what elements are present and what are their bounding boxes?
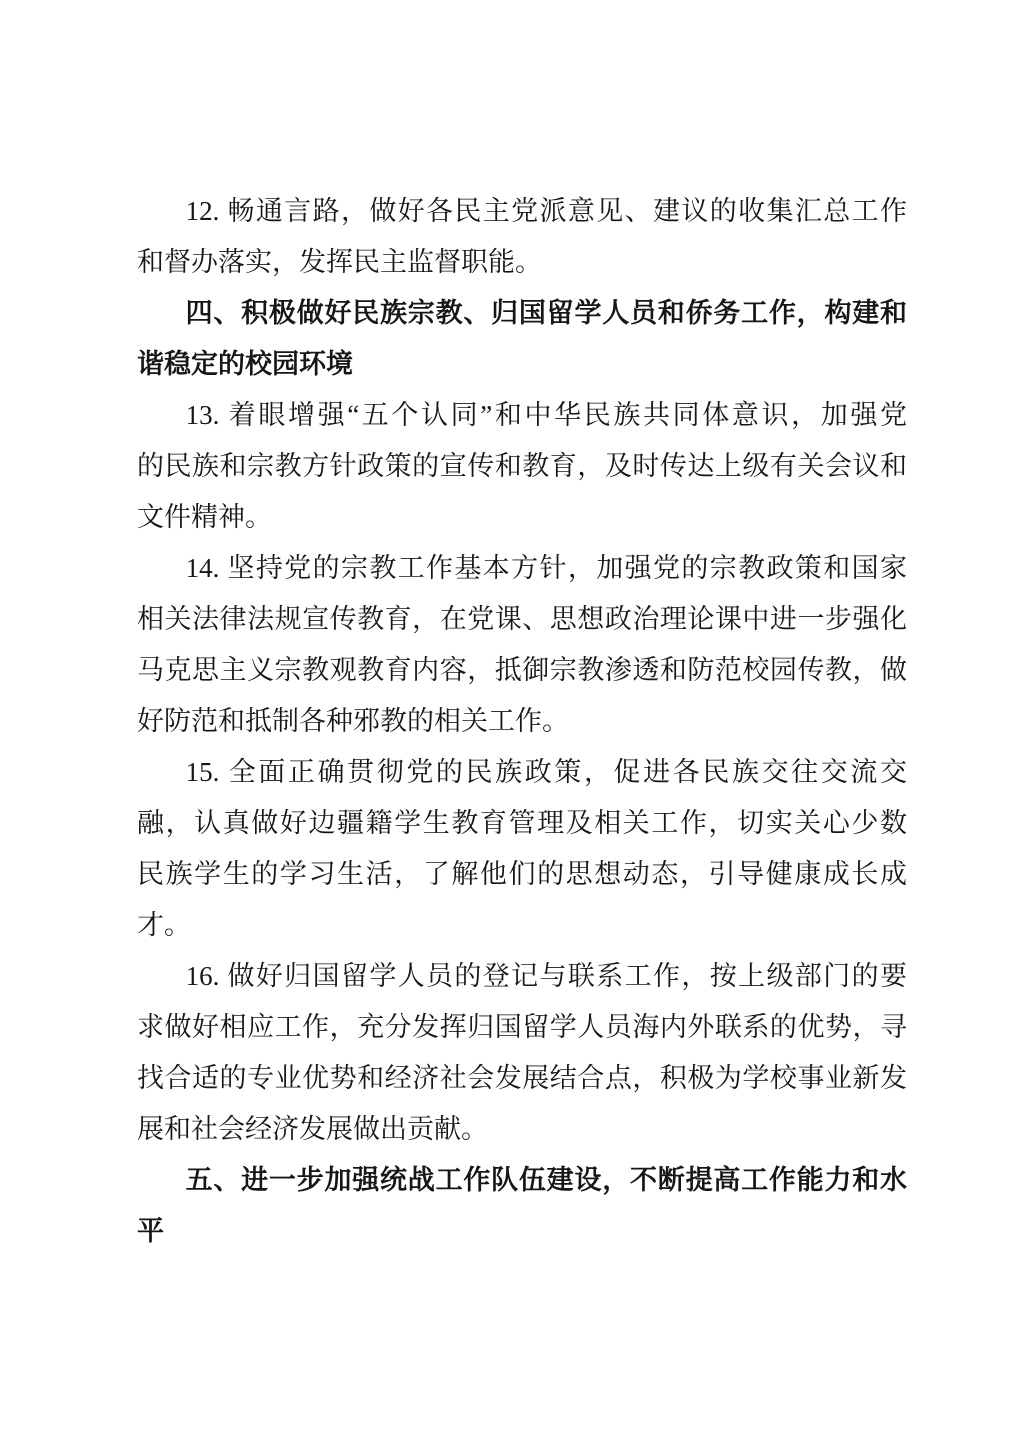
text-line: 找合适的专业优势和经济社会发展结合点，积极为学校事业新发 <box>137 1053 907 1104</box>
document-content: 12. 畅通言路，做好各民主党派意见、建议的收集汇总工作 和督办落实，发挥民主监… <box>137 186 907 1257</box>
section-heading-5: 五、进一步加强统战工作队伍建设，不断提高工作能力和水 平 <box>137 1155 907 1257</box>
text-line: 四、积极做好民族宗教、归国留学人员和侨务工作，构建和 <box>137 288 907 339</box>
text-line: 民族学生的学习生活，了解他们的思想动态，引导健康成长成 <box>137 849 907 900</box>
paragraph-item-12: 12. 畅通言路，做好各民主党派意见、建议的收集汇总工作 和督办落实，发挥民主监… <box>137 186 907 288</box>
text-line: 文件精神。 <box>137 492 907 543</box>
text-line: 15. 全面正确贯彻党的民族政策，促进各民族交往交流交 <box>137 747 907 798</box>
paragraph-item-15: 15. 全面正确贯彻党的民族政策，促进各民族交往交流交 融，认真做好边疆籍学生教… <box>137 747 907 951</box>
text-line: 和督办落实，发挥民主监督职能。 <box>137 237 907 288</box>
text-line: 16. 做好归国留学人员的登记与联系工作，按上级部门的要 <box>137 951 907 1002</box>
section-heading-4: 四、积极做好民族宗教、归国留学人员和侨务工作，构建和 谐稳定的校园环境 <box>137 288 907 390</box>
text-line: 谐稳定的校园环境 <box>137 339 907 390</box>
text-line: 好防范和抵制各种邪教的相关工作。 <box>137 696 907 747</box>
text-line: 融，认真做好边疆籍学生教育管理及相关工作，切实关心少数 <box>137 798 907 849</box>
text-line: 的民族和宗教方针政策的宣传和教育，及时传达上级有关会议和 <box>137 441 907 492</box>
paragraph-item-14: 14. 坚持党的宗教工作基本方针，加强党的宗教政策和国家 相关法律法规宣传教育，… <box>137 543 907 747</box>
text-line: 五、进一步加强统战工作队伍建设，不断提高工作能力和水 <box>137 1155 907 1206</box>
text-line: 14. 坚持党的宗教工作基本方针，加强党的宗教政策和国家 <box>137 543 907 594</box>
text-line: 求做好相应工作，充分发挥归国留学人员海内外联系的优势，寻 <box>137 1002 907 1053</box>
text-line: 才。 <box>137 900 907 951</box>
document-page: 12. 畅通言路，做好各民主党派意见、建议的收集汇总工作 和督办落实，发挥民主监… <box>0 0 1024 1448</box>
text-line: 平 <box>137 1206 907 1257</box>
text-line: 13. 着眼增强“五个认同”和中华民族共同体意识，加强党 <box>137 390 907 441</box>
text-line: 展和社会经济发展做出贡献。 <box>137 1104 907 1155</box>
text-line: 相关法律法规宣传教育，在党课、思想政治理论课中进一步强化 <box>137 594 907 645</box>
text-line: 12. 畅通言路，做好各民主党派意见、建议的收集汇总工作 <box>137 186 907 237</box>
text-line: 马克思主义宗教观教育内容，抵御宗教渗透和防范校园传教，做 <box>137 645 907 696</box>
paragraph-item-13: 13. 着眼增强“五个认同”和中华民族共同体意识，加强党 的民族和宗教方针政策的… <box>137 390 907 543</box>
paragraph-item-16: 16. 做好归国留学人员的登记与联系工作，按上级部门的要 求做好相应工作，充分发… <box>137 951 907 1155</box>
